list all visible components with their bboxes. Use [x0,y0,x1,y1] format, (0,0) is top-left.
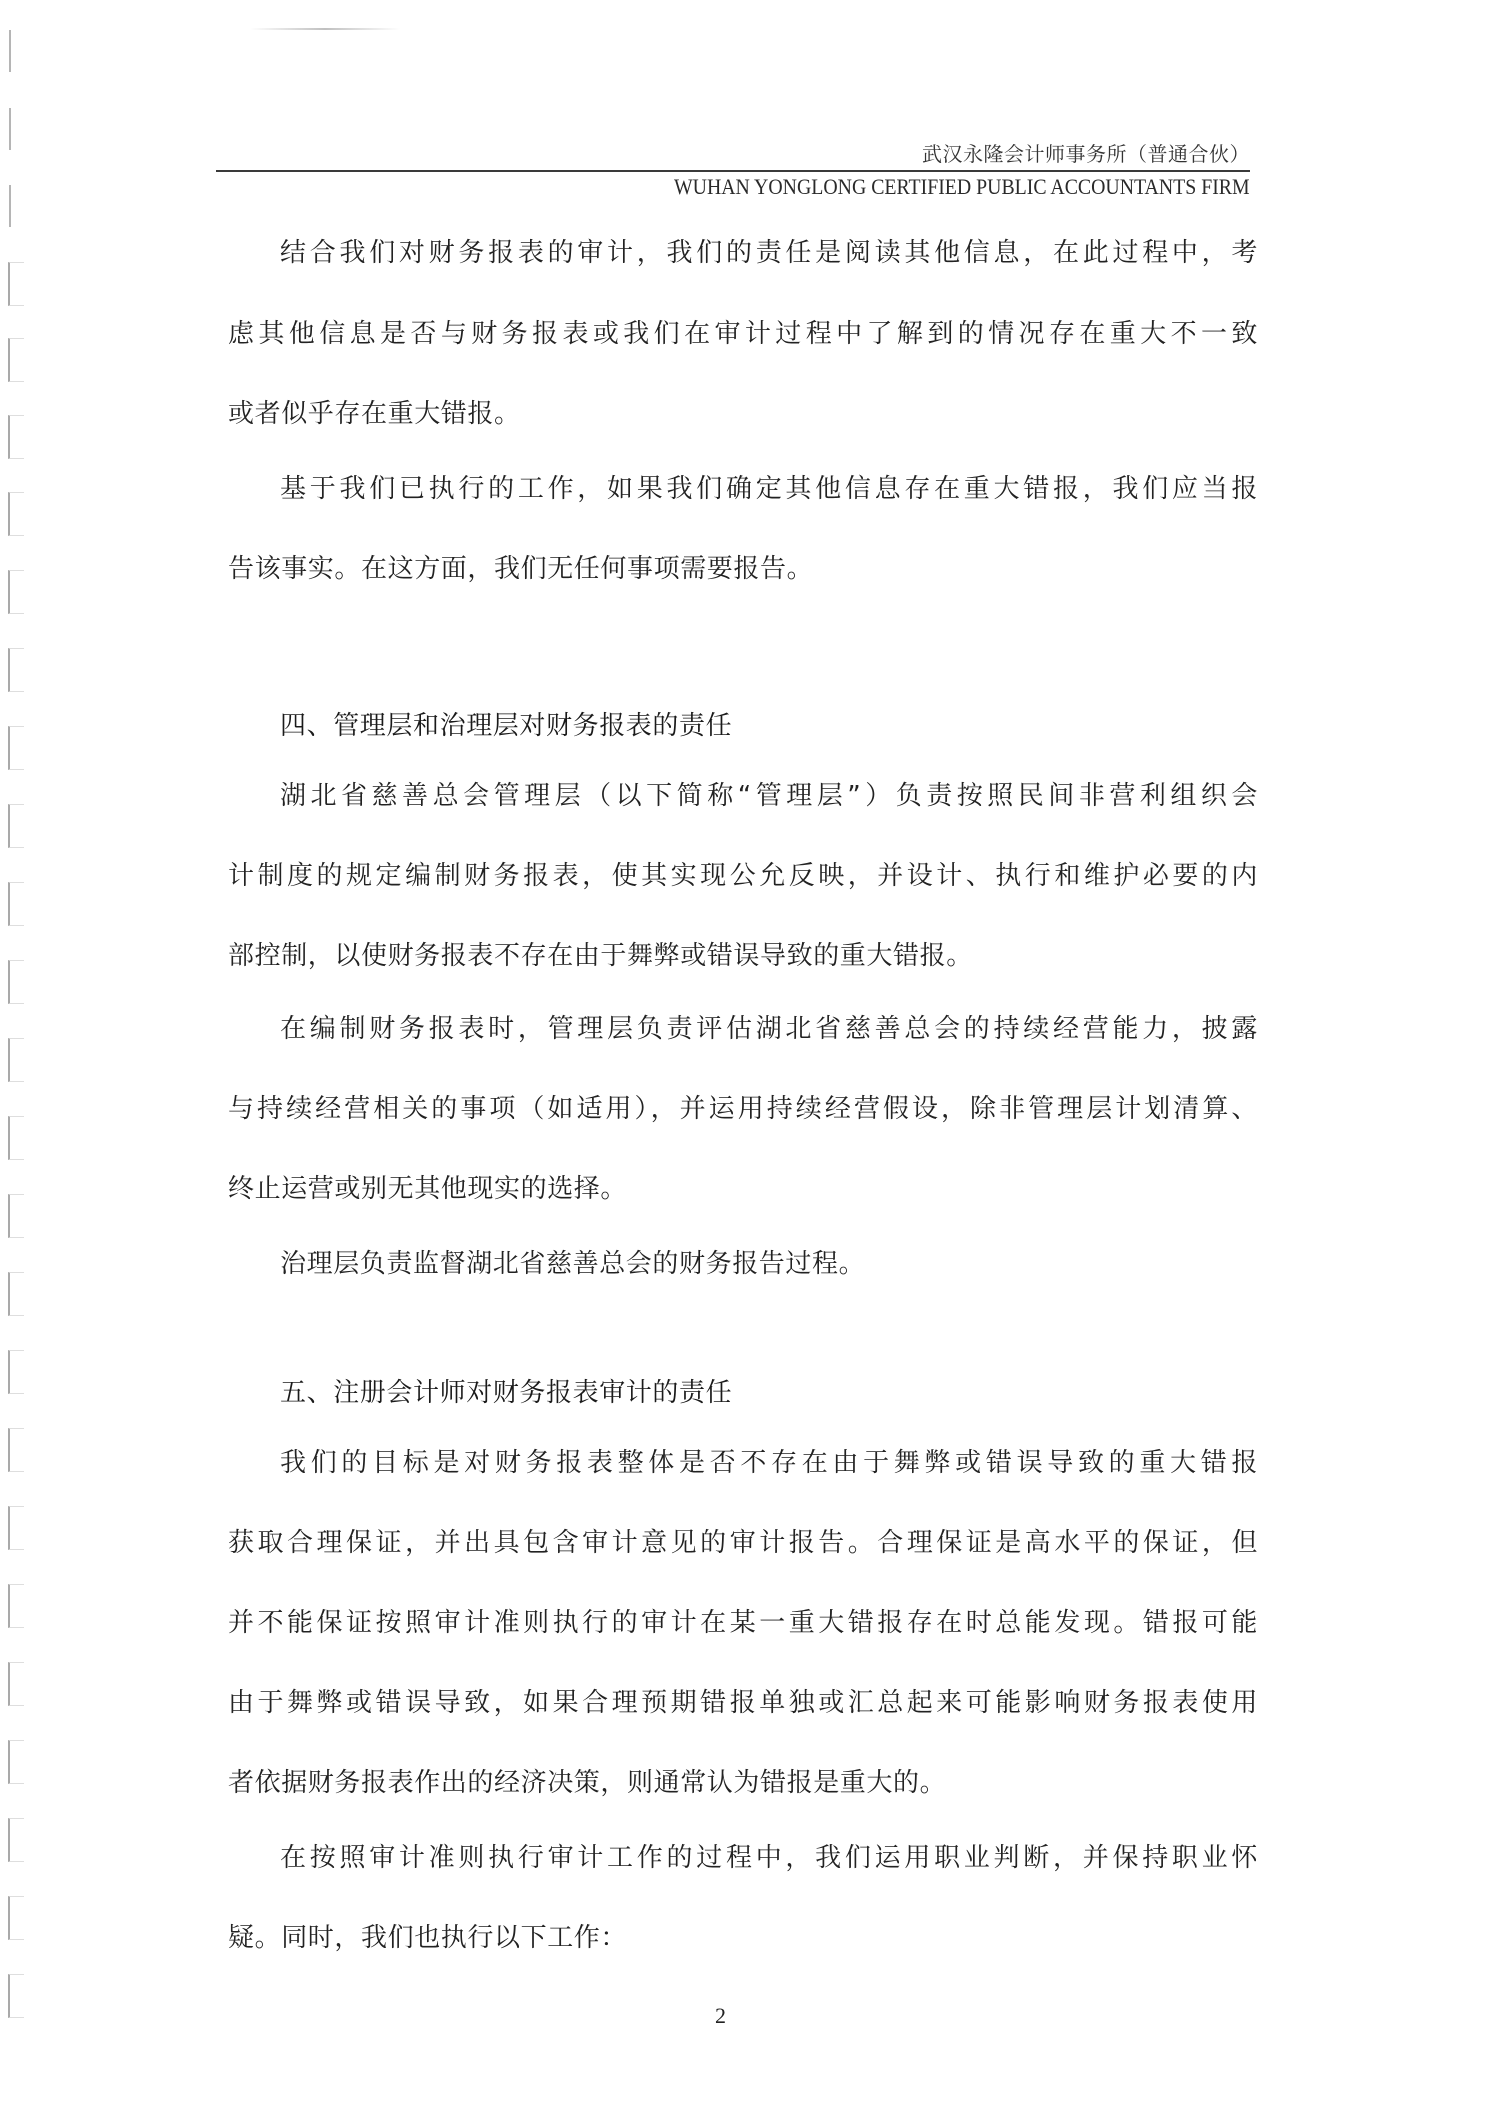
page-number: 2 [715,2003,726,2029]
paragraph-line: 结合我们对财务报表的审计，我们的责任是阅读其他信息，在此过程中，考 [280,232,1258,269]
paragraph-line: 虑其他信息是否与财务报表或我们在审计过程中了解到的情况存在重大不一致 [228,313,1258,350]
paragraph-line: 湖北省慈善总会管理层（以下简称“管理层”）负责按照民间非营利组织会 [280,775,1258,812]
binding-mark [8,1584,24,1628]
binding-mark [8,804,24,848]
header-divider [216,170,1250,172]
section-heading-auditor-responsibility: 五、注册会计师对财务报表审计的责任 [280,1372,732,1409]
binding-hole-marks [0,0,40,2120]
binding-mark [9,185,11,227]
paragraph-line: 计制度的规定编制财务报表，使其实现公允反映，并设计、执行和维护必要的内 [228,855,1258,892]
binding-mark [8,1428,24,1472]
binding-mark [8,1038,24,1082]
paragraph-line: 并不能保证按照审计准则执行的审计在某一重大错报存在时总能发现。错报可能 [228,1602,1258,1639]
paragraph-line: 在编制财务报表时，管理层负责评估湖北省慈善总会的持续经营能力，披露 [280,1008,1258,1045]
paragraph-line: 在按照审计准则执行审计工作的过程中，我们运用职业判断，并保持职业怀 [280,1837,1258,1874]
paragraph-line: 我们的目标是对财务报表整体是否不存在由于舞弊或错误导致的重大错报 [280,1442,1258,1479]
binding-mark [8,1818,24,1862]
binding-mark [8,960,24,1004]
firm-name-english: WUHAN YONGLONG CERTIFIED PUBLIC ACCOUNTA… [674,174,1250,200]
binding-mark [8,726,24,770]
binding-mark [8,1506,24,1550]
binding-mark [8,1896,24,1940]
paragraph-line: 者依据财务报表作出的经济决策，则通常认为错报是重大的。 [228,1762,946,1799]
section-heading-management-responsibility: 四、管理层和治理层对财务报表的责任 [280,705,732,742]
paragraph-line: 获取合理保证，并出具包含审计意见的审计报告。合理保证是高水平的保证，但 [228,1522,1258,1559]
binding-mark [8,338,24,382]
binding-mark [8,1974,24,2018]
binding-mark [8,1116,24,1160]
binding-mark [8,1350,24,1394]
paragraph-line: 治理层负责监督湖北省慈善总会的财务报告过程。 [280,1243,865,1280]
paragraph-line: 与持续经营相关的事项（如适用），并运用持续经营假设，除非管理层计划清算、 [228,1088,1258,1125]
binding-mark [8,262,24,306]
scan-artifact [250,28,400,30]
binding-mark [8,1194,24,1238]
paragraph-line: 基于我们已执行的工作，如果我们确定其他信息存在重大错报，我们应当报 [280,468,1258,505]
binding-mark [8,570,24,614]
binding-mark [8,415,24,459]
binding-mark [8,1662,24,1706]
paragraph-line: 告该事实。在这方面，我们无任何事项需要报告。 [228,548,813,585]
paragraph-line: 或者似乎存在重大错报。 [228,393,521,430]
paragraph-line: 部控制，以使财务报表不存在由于舞弊或错误导致的重大错报。 [228,935,973,972]
binding-mark [8,492,24,536]
binding-mark [8,882,24,926]
binding-mark [9,30,11,72]
binding-mark [9,108,11,150]
paragraph-line: 终止运营或别无其他现实的选择。 [228,1168,627,1205]
firm-name-chinese: 武汉永隆会计师事务所（普通合伙） [922,138,1250,167]
binding-mark [8,1740,24,1784]
binding-mark [8,1272,24,1316]
paragraph-line: 由于舞弊或错误导致，如果合理预期错报单独或汇总起来可能影响财务报表使用 [228,1682,1258,1719]
paragraph-line: 疑。同时，我们也执行以下工作： [228,1917,627,1954]
binding-mark [8,648,24,692]
